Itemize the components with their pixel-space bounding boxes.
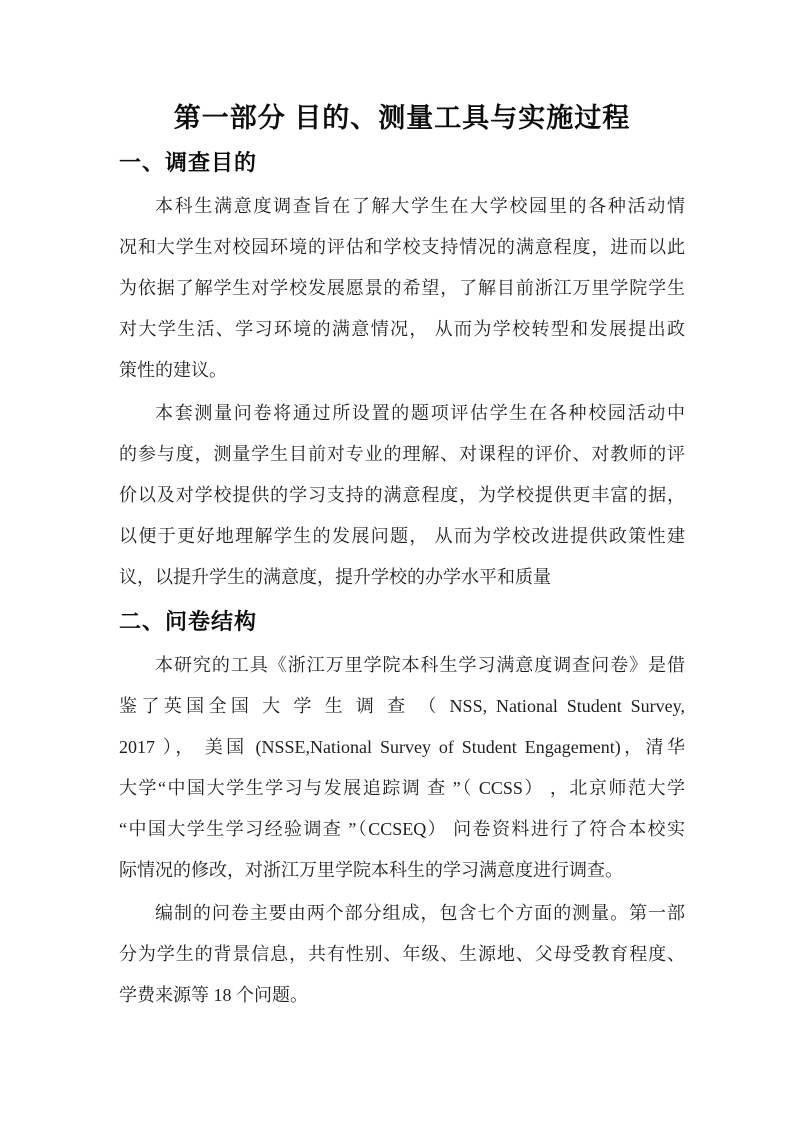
section-heading-questionnaire-structure: 二、问卷结构: [119, 601, 685, 643]
text-line: 分为学生的背景信息，共有性别、年级、生源地、父母受教育程度、: [119, 934, 685, 975]
text-line: “中国大学生学习经验调查 ”（CCSEQ） 问卷资料进行了符合本校实: [119, 809, 685, 850]
paragraph: 本研究的工具《浙江万里学院本科生学习满意度调查问卷》是借 鉴了英国全国 大 学 …: [119, 645, 685, 891]
paragraph: 本套测量问卷将通过所设置的题项评估学生在各种校园活动中 的参与度，测量学生目前对…: [119, 393, 685, 598]
text-line: 的参与度，测量学生目前对专业的理解、对课程的评价、对教师的评: [119, 434, 685, 475]
text-line: 策性的建议。: [119, 350, 685, 391]
text-line: 编制的问卷主要由两个部分组成，包含七个方面的测量。第一部: [119, 893, 685, 934]
text-line: 况和大学生对校园环境的评估和学校支持情况的满意程度，进而以此: [119, 227, 685, 268]
paragraph: 本科生满意度调查旨在了解大学生在大学校园里的各种活动情 况和大学生对校园环境的评…: [119, 186, 685, 391]
text-line: 际情况的修改，对浙江万里学院本科生的学习满意度进行调查。: [119, 850, 685, 891]
text-line: 大学“中国大学生学习与发展追踪调 查 ”（ CCSS） ，北京师范大学: [119, 768, 685, 809]
document-title: 第一部分 目的、测量工具与实施过程: [119, 97, 685, 139]
text-line: 对大学生活、学习环境的满意情况， 从而为学校转型和发展提出政: [119, 309, 685, 350]
text-line: 价以及对学校提供的学习支持的满意程度，为学校提供更丰富的据，: [119, 475, 685, 516]
text-line: 本研究的工具《浙江万里学院本科生学习满意度调查问卷》是借: [119, 645, 685, 686]
document-page: 第一部分 目的、测量工具与实施过程 一、调查目的 本科生满意度调查旨在了解大学生…: [0, 0, 800, 1131]
text-line: 学费来源等 18 个问题。: [119, 975, 685, 1016]
section-heading-survey-purpose: 一、调查目的: [119, 142, 685, 184]
text-line: 本科生满意度调查旨在了解大学生在大学校园里的各种活动情: [119, 186, 685, 227]
text-line: 2017 ）， 美国 (NSSE,National Survey of Stud…: [119, 727, 685, 768]
text-line: 议，以提升学生的满意度，提升学校的办学水平和质量: [119, 557, 685, 598]
paragraph: 编制的问卷主要由两个部分组成，包含七个方面的测量。第一部 分为学生的背景信息，共…: [119, 893, 685, 1016]
text-line: 本套测量问卷将通过所设置的题项评估学生在各种校园活动中: [119, 393, 685, 434]
text-line: 鉴了英国全国 大 学 生 调 查 （ NSS, National Student…: [119, 686, 685, 727]
text-line: 为依据了解学生对学校发展愿景的希望，了解目前浙江万里学院学生: [119, 268, 685, 309]
text-line: 以便于更好地理解学生的发展问题， 从而为学校改进提供政策性建: [119, 516, 685, 557]
